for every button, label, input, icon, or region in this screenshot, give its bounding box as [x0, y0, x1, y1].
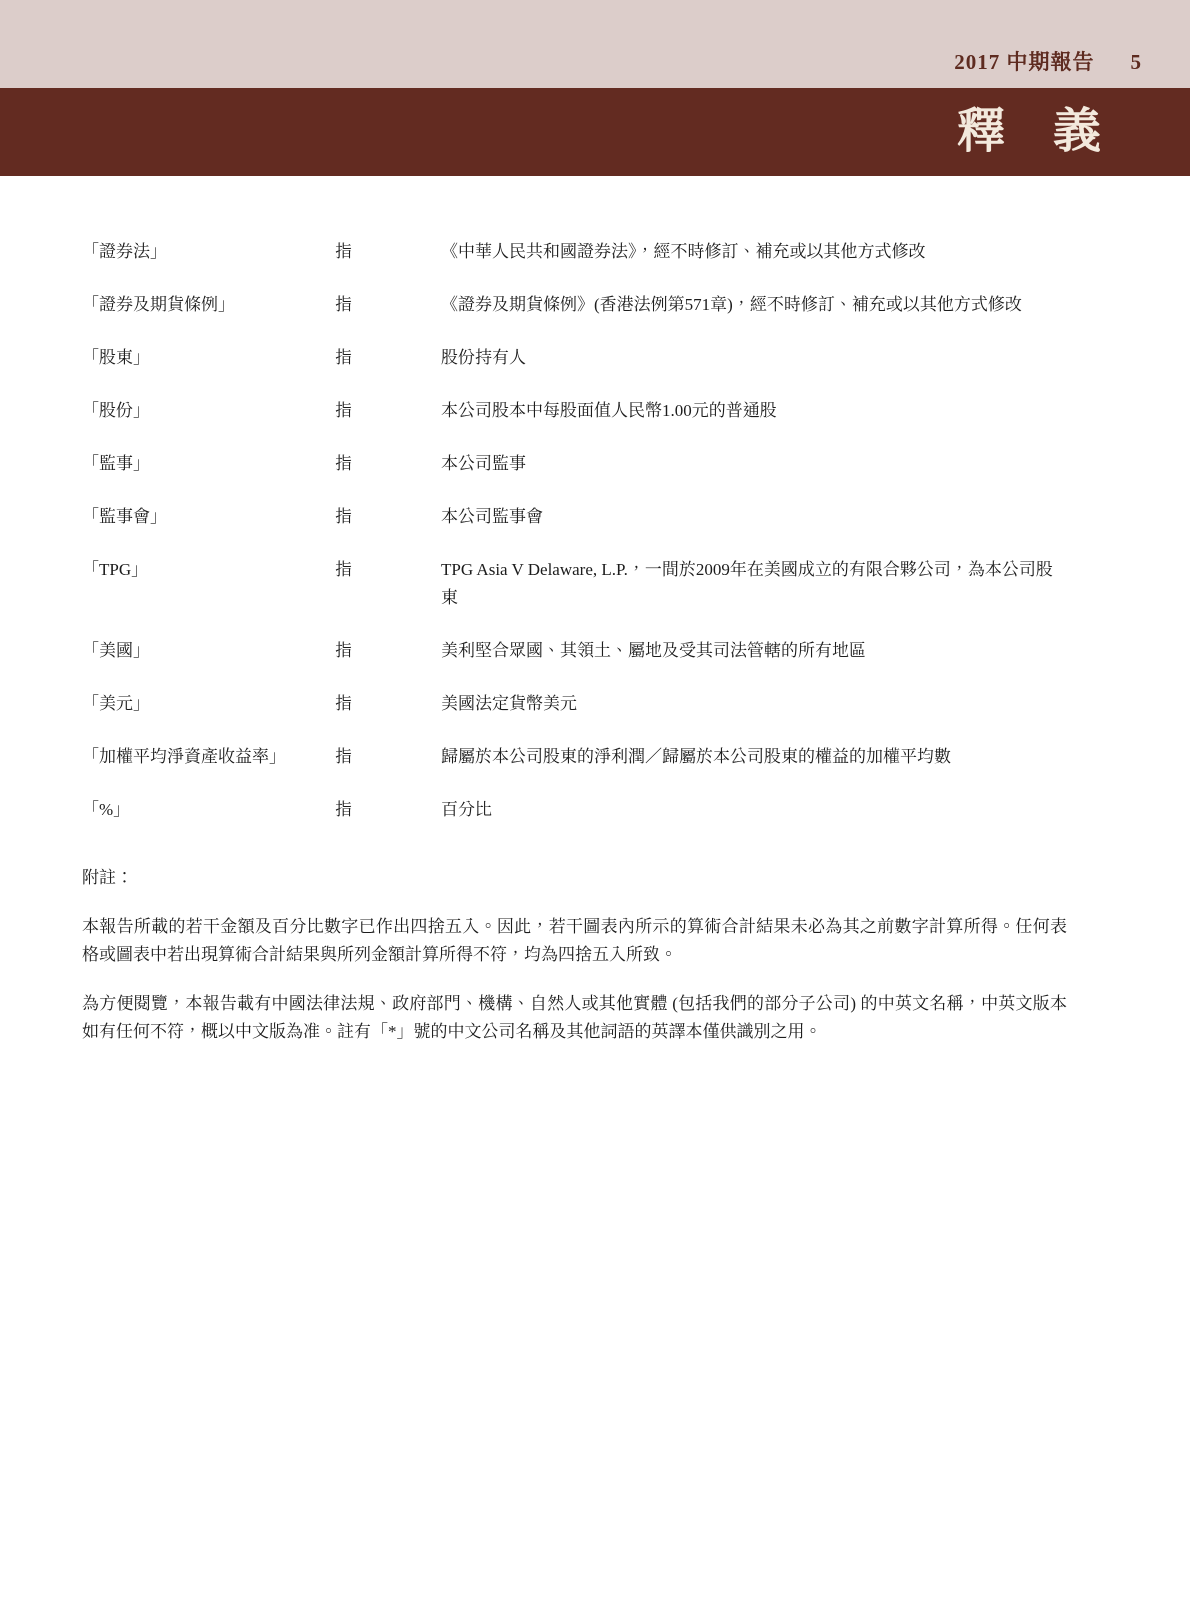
definition-row: 「加權平均淨資產收益率」 指 歸屬於本公司股東的淨利潤／歸屬於本公司股東的權益的… — [82, 743, 1067, 771]
definition-row: 「監事會」 指 本公司監事會 — [82, 503, 1067, 531]
definition-row: 「美元」 指 美國法定貨幣美元 — [82, 690, 1067, 718]
definition-pointer: 指 — [335, 238, 441, 266]
definition-row: 「監事」 指 本公司監事 — [82, 450, 1067, 478]
definition-row: 「股份」 指 本公司股本中每股面值人民幣1.00元的普通股 — [82, 397, 1067, 425]
note-paragraph: 為方便閱覽，本報告載有中國法律法規、政府部門、機構、自然人或其他實體 (包括我們… — [82, 990, 1067, 1045]
definition-term: 「股份」 — [82, 397, 335, 425]
definition-row: 「股東」 指 股份持有人 — [82, 344, 1067, 372]
definition-pointer: 指 — [335, 450, 441, 478]
definition-pointer: 指 — [335, 397, 441, 425]
definition-text: 股份持有人 — [441, 344, 1067, 372]
definition-row: 「TPG」 指 TPG Asia V Delaware, L.P.，一間於200… — [82, 556, 1067, 612]
definition-term: 「股東」 — [82, 344, 335, 372]
definition-pointer: 指 — [335, 344, 441, 372]
running-head: 2017 中期報告 5 — [954, 52, 1142, 73]
definition-term: 「加權平均淨資產收益率」 — [82, 743, 335, 771]
definition-text: 《中華人民共和國證券法》，經不時修訂、補充或以其他方式修改 — [441, 238, 1067, 266]
definition-row: 「%」 指 百分比 — [82, 796, 1067, 824]
notes-section: 附註： 本報告所載的若干金額及百分比數字已作出四捨五入。因此，若干圖表內所示的算… — [82, 864, 1067, 1045]
note-paragraph: 本報告所載的若干金額及百分比數字已作出四捨五入。因此，若干圖表內所示的算術合計結… — [82, 913, 1067, 968]
definition-pointer: 指 — [335, 690, 441, 718]
chapter-title: 釋 義 — [957, 108, 1101, 156]
definitions-list: 「證券法」 指 《中華人民共和國證券法》，經不時修訂、補充或以其他方式修改 「證… — [82, 238, 1067, 824]
definition-term: 「TPG」 — [82, 556, 335, 612]
chapter-title-band: 釋 義 — [0, 88, 1190, 176]
definition-pointer: 指 — [335, 743, 441, 771]
definition-text: 美國法定貨幣美元 — [441, 690, 1067, 718]
definition-term: 「監事」 — [82, 450, 335, 478]
notes-label: 附註： — [82, 864, 1067, 892]
definition-row: 「證券法」 指 《中華人民共和國證券法》，經不時修訂、補充或以其他方式修改 — [82, 238, 1067, 266]
definition-text: 美利堅合眾國、其領土、屬地及受其司法管轄的所有地區 — [441, 637, 1067, 665]
report-title: 2017 中期報告 — [954, 52, 1094, 73]
definition-term: 「監事會」 — [82, 503, 335, 531]
definition-pointer: 指 — [335, 796, 441, 824]
definition-term: 「證券法」 — [82, 238, 335, 266]
definition-term: 「%」 — [82, 796, 335, 824]
definition-pointer: 指 — [335, 503, 441, 531]
definition-text: 歸屬於本公司股東的淨利潤／歸屬於本公司股東的權益的加權平均數 — [441, 743, 1067, 771]
definition-pointer: 指 — [335, 637, 441, 665]
definition-row: 「證券及期貨條例」 指 《證券及期貨條例》(香港法例第571章)，經不時修訂、補… — [82, 291, 1067, 319]
page-number: 5 — [1131, 52, 1143, 73]
definition-row: 「美國」 指 美利堅合眾國、其領土、屬地及受其司法管轄的所有地區 — [82, 637, 1067, 665]
definition-text: 百分比 — [441, 796, 1067, 824]
definition-term: 「美元」 — [82, 690, 335, 718]
definition-term: 「美國」 — [82, 637, 335, 665]
definition-term: 「證券及期貨條例」 — [82, 291, 335, 319]
definition-text: 本公司監事 — [441, 450, 1067, 478]
definition-pointer: 指 — [335, 291, 441, 319]
definition-text: TPG Asia V Delaware, L.P.，一間於2009年在美國成立的… — [441, 556, 1067, 612]
definition-pointer: 指 — [335, 556, 441, 612]
report-header-band: 2017 中期報告 5 — [0, 0, 1190, 88]
definition-text: 《證券及期貨條例》(香港法例第571章)，經不時修訂、補充或以其他方式修改 — [441, 291, 1067, 319]
definition-text: 本公司監事會 — [441, 503, 1067, 531]
definitions-section: 「證券法」 指 《中華人民共和國證券法》，經不時修訂、補充或以其他方式修改 「證… — [0, 176, 1190, 1045]
definition-text: 本公司股本中每股面值人民幣1.00元的普通股 — [441, 397, 1067, 425]
